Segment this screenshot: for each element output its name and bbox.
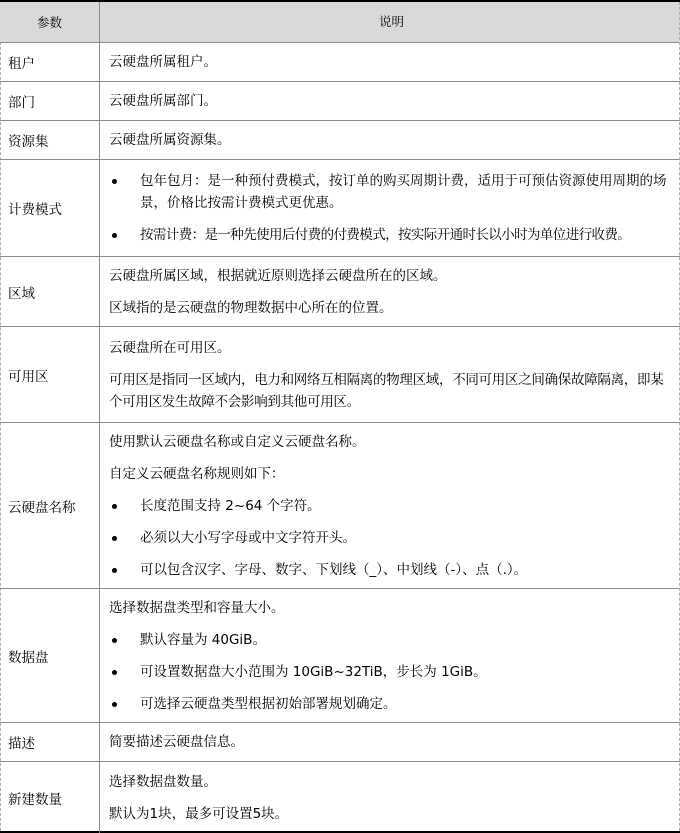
desc-text: 云硬盘所属资源集。 [109, 129, 674, 151]
bullet-icon [112, 702, 117, 707]
param-name: 云硬盘名称 [0, 423, 100, 588]
param-desc: 使用默认云硬盘名称或自定义云硬盘名称。 自定义云硬盘名称规则如下： 长度范围支持… [101, 423, 680, 588]
param-name: 租户 [0, 43, 100, 81]
desc-text: 云硬盘所属部门。 [109, 90, 674, 112]
param-name: 新建数量 [0, 762, 100, 833]
param-desc: 简要描述云硬盘信息。 [101, 723, 680, 761]
desc-text: 云硬盘所在可用区。 [109, 337, 674, 359]
table-row: 可用区 云硬盘所在可用区。 可用区是指同一区域内，电力和网络互相隔离的物理区域，… [0, 327, 680, 423]
desc-text: 可用区是指同一区域内，电力和网络互相隔离的物理区域，不同可用区之间确保故障隔离，… [109, 369, 674, 413]
param-desc: 选择数据盘类型和容量大小。 默认容量为 40GiB。 可设置数据盘大小范围为 1… [101, 589, 680, 722]
parameter-table: 参数 说明 租户 云硬盘所属租户。 部门 云硬盘所属部门。 资源集 云硬盘所属资… [0, 0, 680, 833]
table-row: 新建数量 选择数据盘数量。 默认为1块，最多可设置5块。 [0, 762, 680, 833]
desc-text: 云硬盘所属区域，根据就近原则选择云硬盘所在的区域。 [109, 265, 674, 287]
bullet-text: 按需计费：是一种先使用后付费的付费模式，按实际开通时长以小时为单位进行收费。 [140, 227, 630, 243]
bullet-text: 可选择云硬盘类型根据初始部署规划确定。 [140, 696, 397, 712]
param-name: 部门 [0, 82, 100, 120]
bullet-icon [112, 504, 117, 509]
table-row: 资源集 云硬盘所属资源集。 [0, 121, 680, 160]
bullet-item: 包年包月：是一种预付费模式，按订单的购买周期计费，适用于可预估资源使用周期的场景… [109, 170, 674, 214]
param-name: 资源集 [0, 121, 100, 159]
bullet-icon [112, 233, 117, 238]
table-row: 数据盘 选择数据盘类型和容量大小。 默认容量为 40GiB。 可设置数据盘大小范… [0, 589, 680, 723]
table-header: 参数 说明 [0, 2, 680, 43]
desc-text: 使用默认云硬盘名称或自定义云硬盘名称。 [109, 431, 674, 453]
bullet-icon [112, 568, 117, 573]
table-row: 租户 云硬盘所属租户。 [0, 43, 680, 82]
bullet-icon [112, 179, 117, 184]
param-desc: 云硬盘所属部门。 [101, 82, 680, 120]
bullet-icon [112, 536, 117, 541]
bullet-text: 可以包含汉字、字母、数字、下划线（_）、中划线（-）、点（.）。 [140, 562, 527, 578]
bullet-icon [112, 638, 117, 643]
table-row: 计费模式 包年包月：是一种预付费模式，按订单的购买周期计费，适用于可预估资源使用… [0, 160, 680, 257]
desc-text: 默认为1块，最多可设置5块。 [109, 803, 674, 825]
bullet-icon [112, 670, 117, 675]
bullet-text: 可设置数据盘大小范围为 10GiB~32TiB，步长为 1GiB。 [140, 664, 487, 680]
bullet-item: 默认容量为 40GiB。 [109, 629, 674, 651]
table-row: 部门 云硬盘所属部门。 [0, 82, 680, 121]
bullet-text: 默认容量为 40GiB。 [140, 632, 266, 648]
param-desc: 选择数据盘数量。 默认为1块，最多可设置5块。 [101, 762, 680, 833]
param-desc: 云硬盘所属资源集。 [101, 121, 680, 159]
bullet-item: 可选择云硬盘类型根据初始部署规划确定。 [109, 693, 674, 715]
param-desc: 包年包月：是一种预付费模式，按订单的购买周期计费，适用于可预估资源使用周期的场景… [101, 160, 680, 256]
bullet-item: 必须以大小写字母或中文字符开头。 [109, 527, 674, 549]
bullet-text: 包年包月：是一种预付费模式，按订单的购买周期计费，适用于可预估资源使用周期的场景… [140, 173, 667, 211]
bullet-item: 长度范围支持 2~64 个字符。 [109, 495, 674, 517]
desc-text: 自定义云硬盘名称规则如下： [109, 463, 674, 485]
bullet-item: 可设置数据盘大小范围为 10GiB~32TiB，步长为 1GiB。 [109, 661, 674, 683]
bullet-text: 长度范围支持 2~64 个字符。 [140, 498, 321, 514]
param-desc: 云硬盘所属区域，根据就近原则选择云硬盘所在的区域。 区域指的是云硬盘的物理数据中… [101, 257, 680, 326]
desc-text: 云硬盘所属租户。 [109, 51, 674, 73]
param-name: 数据盘 [0, 589, 100, 722]
param-desc: 云硬盘所属租户。 [101, 43, 680, 81]
bullet-item: 按需计费：是一种先使用后付费的付费模式，按实际开通时长以小时为单位进行收费。 [109, 224, 674, 246]
bullet-text: 必须以大小写字母或中文字符开头。 [140, 530, 356, 546]
table-row: 云硬盘名称 使用默认云硬盘名称或自定义云硬盘名称。 自定义云硬盘名称规则如下： … [0, 423, 680, 589]
param-name: 区域 [0, 257, 100, 326]
table-row: 区域 云硬盘所属区域，根据就近原则选择云硬盘所在的区域。 区域指的是云硬盘的物理… [0, 257, 680, 327]
desc-text: 选择数据盘数量。 [109, 771, 674, 793]
param-desc: 云硬盘所在可用区。 可用区是指同一区域内，电力和网络互相隔离的物理区域，不同可用… [101, 327, 680, 422]
header-param: 参数 [0, 2, 100, 42]
desc-text: 选择数据盘类型和容量大小。 [109, 597, 674, 619]
bullet-item: 可以包含汉字、字母、数字、下划线（_）、中划线（-）、点（.）。 [109, 559, 674, 581]
param-name: 可用区 [0, 327, 100, 422]
desc-text: 区域指的是云硬盘的物理数据中心所在的位置。 [109, 297, 674, 319]
param-name: 描述 [0, 723, 100, 761]
desc-text: 简要描述云硬盘信息。 [109, 731, 674, 753]
param-name: 计费模式 [0, 160, 100, 256]
table-row: 描述 简要描述云硬盘信息。 [0, 723, 680, 762]
header-desc: 说明 [101, 2, 680, 42]
